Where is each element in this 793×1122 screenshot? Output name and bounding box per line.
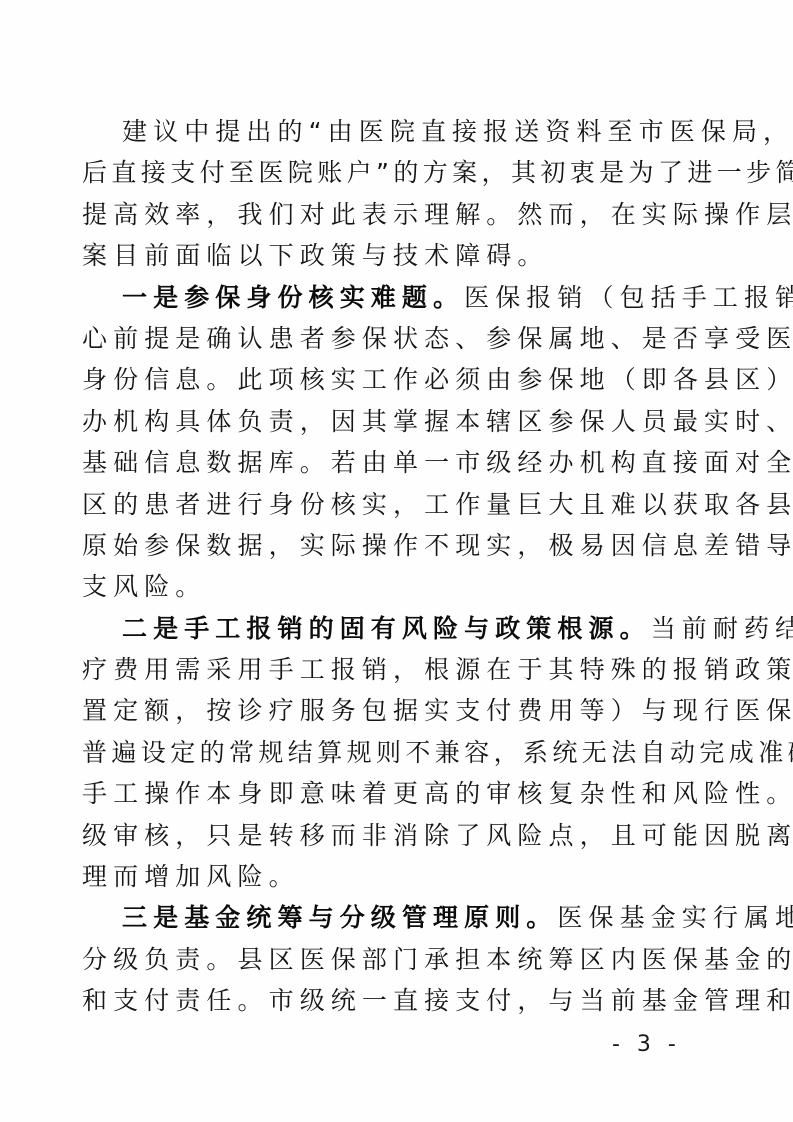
text-line: 区的患者进行身份核实，工作量巨大且难以获取各县区独立的 [82, 484, 682, 525]
text-line: 基础信息数据库。若由单一市级经办机构直接面对全市所有县 [82, 442, 682, 483]
paragraph-identity-verification: 一是参保身份核实难题。医保报销（包括手工报销）的核 心前提是确认患者参保状态、参… [82, 277, 682, 608]
paragraph-manual-reimbursement: 二是手工报销的固有风险与政策根源。当前耐药结核病治 疗费用需采用手工报销，根源在… [82, 608, 682, 898]
text-line: 一是参保身份核实难题。医保报销（包括手工报销）的核 [82, 277, 682, 318]
text-line: 理而增加风险。 [82, 856, 682, 897]
text-line: 普遍设定的常规结算规则不兼容，系统无法自动完成准确结算。 [82, 732, 682, 773]
section-heading: 三是基金统筹与分级管理原则。 [122, 903, 557, 932]
text-line: 办机构具体负责，因其掌握本辖区参保人员最实时、最准确的 [82, 401, 682, 442]
text-line: 身份信息。此项核实工作必须由参保地（即各县区）的医保经 [82, 359, 682, 400]
document-page: 建议中提出的“由医院直接报送资料至市医保局，市局审核 后直接支付至医院账户”的方… [0, 0, 793, 1122]
text-line: 手工操作本身即意味着更高的审核复杂性和风险性。集中到市 [82, 773, 682, 814]
text-line: 建议中提出的“由医院直接报送资料至市医保局，市局审核 [82, 111, 682, 152]
section-heading: 二是手工报销的固有风险与政策根源。 [122, 614, 651, 643]
paragraph-fund-pooling: 三是基金统筹与分级管理原则。医保基金实行属地管理、 分级负责。县区医保部门承担本… [82, 897, 682, 1021]
text-line: 置定额，按诊疗服务包据实支付费用等）与现行医保信息系统 [82, 690, 682, 731]
text-run: 医保报销（包括手工报销）的核 [464, 283, 793, 312]
page-number: - 3 - [612, 1032, 681, 1057]
text-line: 级审核，只是转移而非消除了风险点，且可能因脱离参保地管 [82, 815, 682, 856]
text-line: 三是基金统筹与分级管理原则。医保基金实行属地管理、 [82, 897, 682, 938]
document-body: 建议中提出的“由医院直接报送资料至市医保局，市局审核 后直接支付至医院账户”的方… [82, 111, 682, 1022]
section-heading: 一是参保身份核实难题。 [122, 283, 464, 312]
text-run: 当前耐药结核病治 [651, 614, 793, 643]
text-line: 原始参保数据，实际操作不现实，极易因信息差错导致基金误 [82, 525, 682, 566]
text-line: 后直接支付至医院账户”的方案，其初衷是为了进一步简化流程、 [82, 152, 682, 193]
text-run: 医保基金实行属地管理、 [557, 903, 793, 932]
text-line: 疗费用需采用手工报销，根源在于其特殊的报销政策（如不设 [82, 649, 682, 690]
text-line: 和支付责任。市级统一直接支付，与当前基金管理和经办服务 [82, 980, 682, 1021]
text-line: 分级负责。县区医保部门承担本统筹区内医保基金的具体管理 [82, 939, 682, 980]
text-line: 支风险。 [82, 566, 682, 607]
text-line: 二是手工报销的固有风险与政策根源。当前耐药结核病治 [82, 608, 682, 649]
text-line: 案目前面临以下政策与技术障碍。 [82, 235, 682, 276]
text-line: 心前提是确认患者参保状态、参保属地、是否享受医疗救助等 [82, 318, 682, 359]
text-line: 提高效率，我们对此表示理解。然而，在实际操作层面，此方 [82, 194, 682, 235]
paragraph-intro: 建议中提出的“由医院直接报送资料至市医保局，市局审核 后直接支付至医院账户”的方… [82, 111, 682, 277]
